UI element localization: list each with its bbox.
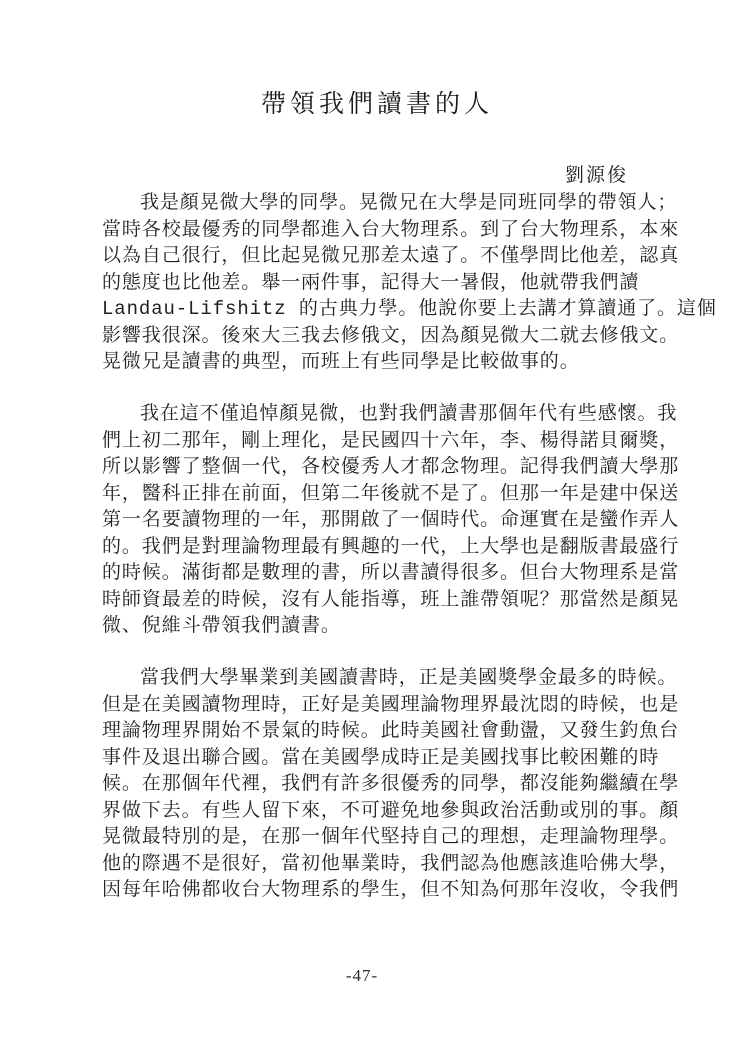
page-number: -47- (0, 966, 737, 986)
text-line: 年，醫科正排在前面，但第二年後就不是了。但那一年是建中保送 (102, 481, 650, 508)
text-line: 界做下去。有些人留下來，不可避免地參與政治活動或別的事。顏 (102, 798, 650, 825)
text-line: 當我們大學畢業到美國讀書時，正是美國獎學金最多的時候。 (102, 665, 650, 692)
text-line: 晃微兄是讀書的典型，而班上有些同學是比較做事的。 (102, 349, 650, 376)
text-line: 以為自己很行，但比起晃微兄那差太遠了。不僅學問比他差，認真 (102, 243, 650, 270)
paragraph: 我是顏晃微大學的同學。晃微兄在大學是同班同學的帶領人；當時各校最優秀的同學都進入… (102, 190, 650, 376)
document-page: 帶領我們讀書的人 劉源俊 我是顏晃微大學的同學。晃微兄在大學是同班同學的帶領人；… (0, 0, 750, 1060)
paragraph: 當我們大學畢業到美國讀書時，正是美國獎學金最多的時候。但是在美國讀物理時，正好是… (102, 665, 650, 904)
text-line: 事件及退出聯合國。當在美國學成時正是美國找事比較困難的時 (102, 745, 650, 772)
text-line: 們上初二那年，剛上理化，是民國四十六年，李、楊得諾貝爾獎， (102, 428, 650, 455)
text-line: 第一名要讀物理的一年，那開啟了一個時代。命運實在是蠻作弄人 (102, 507, 650, 534)
text-line: 影響我很深。後來大三我去修俄文，因為顏晃微大二就去修俄文。 (102, 323, 650, 350)
text-line: 我在這不僅追悼顏晃微，也對我們讀書那個年代有些感懷。我 (102, 401, 650, 428)
text-line: 時師資最差的時候，沒有人能指導，班上誰帶領呢？那當然是顏晃 (102, 587, 650, 614)
text-line: 所以影響了整個一代，各校優秀人才都念物理。記得我們讀大學那 (102, 454, 650, 481)
text-line: 理論物理界開始不景氣的時候。此時美國社會動盪，又發生釣魚台 (102, 718, 650, 745)
paragraph: 我在這不僅追悼顏晃微，也對我們讀書那個年代有些感懷。我們上初二那年，剛上理化，是… (102, 401, 650, 640)
text-line: 但是在美國讀物理時，正好是美國理論物理界最沈悶的時候，也是 (102, 692, 650, 719)
text-line: 他的際遇不是很好，當初他畢業時，我們認為他應該進哈佛大學， (102, 851, 650, 878)
author-name: 劉源俊 (565, 160, 628, 187)
text-line: 候。在那個年代裡，我們有許多很優秀的同學，都沒能夠繼續在學 (102, 771, 650, 798)
page-title: 帶領我們讀書的人 (0, 84, 750, 120)
text-line: 晃微最特別的是，在那一個年代堅持自己的理想，走理論物理學。 (102, 824, 650, 851)
text-line: 的。我們是對理論物理最有興趣的一代，上大學也是翻版書最盛行 (102, 534, 650, 561)
text-line: 因每年哈佛都收台大物理系的學生，但不知為何那年沒收，令我們 (102, 877, 650, 904)
text-line: 的時候。滿街都是數理的書，所以書讀得很多。但台大物理系是當 (102, 560, 650, 587)
text-line: 我是顏晃微大學的同學。晃微兄在大學是同班同學的帶領人； (102, 190, 650, 217)
text-line: 微、倪維斗帶領我們讀書。 (102, 613, 650, 640)
text-line: Landau-Lifshitz 的古典力學。他說你要上去講才算讀通了。這個 (102, 296, 650, 323)
text-line: 當時各校最優秀的同學都進入台大物理系。到了台大物理系，本來 (102, 217, 650, 244)
text-line: 的態度也比他差。舉一兩件事，記得大一暑假，他就帶我們讀 (102, 270, 650, 297)
